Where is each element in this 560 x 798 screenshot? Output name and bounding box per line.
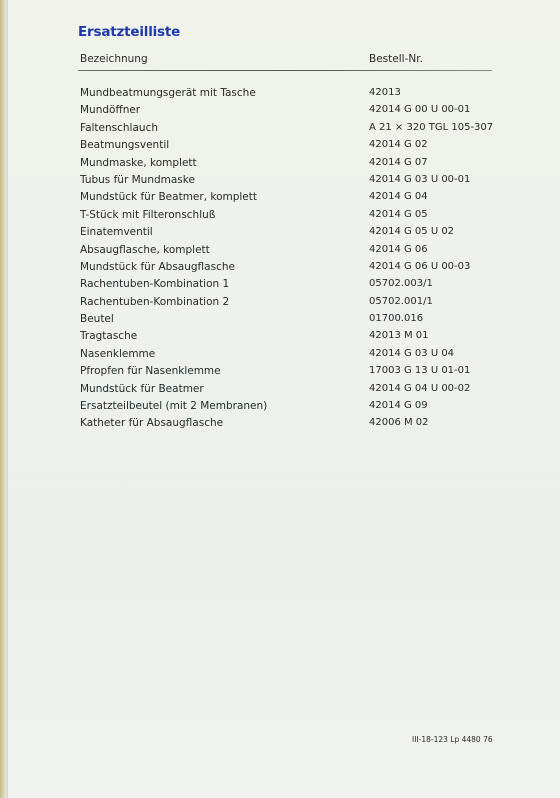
part-name: Mundstück für Absaugflasche [80, 261, 235, 273]
table-row: Mundstück für Beatmer, komplett42014 G 0… [0, 191, 560, 208]
table-row: T-Stück mit Filteronschluß42014 G 05 [0, 209, 560, 226]
order-number: 01700.016 [369, 313, 423, 324]
table-row: Rachentuben-Kombination 105702.003/1 [0, 278, 560, 295]
order-number: 42014 G 05 U 02 [369, 226, 454, 237]
part-name: Nasenklemme [80, 348, 155, 360]
part-name: Ersatzteilbeutel (mit 2 Membranen) [80, 400, 267, 412]
order-number: 42014 G 02 [369, 139, 428, 150]
part-name: Tragtasche [80, 330, 137, 342]
print-code: III-18-123 Lp 4480 76 [412, 735, 493, 744]
table-row: Katheter für Absaugflasche42006 M 02 [0, 417, 560, 434]
table-row: Ersatzteilbeutel (mit 2 Membranen)42014 … [0, 400, 560, 417]
part-name: Mundbeatmungsgerät mit Tasche [80, 87, 256, 99]
part-name: Mundöffner [80, 104, 140, 116]
order-number: A 21 × 320 TGL 105-307 [369, 122, 493, 133]
table-row: Beatmungsventil42014 G 02 [0, 139, 560, 156]
part-name: Mundstück für Beatmer, komplett [80, 191, 257, 203]
table-row: Beutel01700.016 [0, 313, 560, 330]
part-name: Pfropfen für Nasenklemme [80, 365, 221, 377]
order-number: 42014 G 07 [369, 157, 428, 168]
table-row: Rachentuben-Kombination 205702.001/1 [0, 296, 560, 313]
table-row: Mundstück für Beatmer42014 G 04 U 00-02 [0, 383, 560, 400]
table-row: Mundmaske, komplett42014 G 07 [0, 157, 560, 174]
part-name: Mundmaske, komplett [80, 157, 197, 169]
part-name: Rachentuben-Kombination 1 [80, 278, 229, 290]
order-number: 42014 G 00 U 00-01 [369, 104, 470, 115]
part-name: Mundstück für Beatmer [80, 383, 204, 395]
table-row: Tragtasche42013 M 01 [0, 330, 560, 347]
part-name: Tubus für Mundmaske [80, 174, 195, 186]
table-row: Mundstück für Absaugflasche42014 G 06 U … [0, 261, 560, 278]
table-row: Pfropfen für Nasenklemme17003 G 13 U 01-… [0, 365, 560, 382]
order-number: 05702.003/1 [369, 278, 433, 289]
part-name: Rachentuben-Kombination 2 [80, 296, 229, 308]
part-name: T-Stück mit Filteronschluß [80, 209, 215, 221]
order-number: 42014 G 04 U 00-02 [369, 383, 470, 394]
table-row: Einatemventil42014 G 05 U 02 [0, 226, 560, 243]
part-name: Einatemventil [80, 226, 153, 238]
table-row: Mundbeatmungsgerät mit Tasche42013 [0, 87, 560, 104]
part-name: Beutel [80, 313, 114, 325]
scanned-page: Ersatzteilliste Bezeichnung Bestell-Nr. … [0, 0, 560, 798]
table-row: Absaugflasche, komplett42014 G 06 [0, 244, 560, 261]
column-header-order-number: Bestell-Nr. [369, 53, 423, 65]
order-number: 42014 G 03 U 04 [369, 348, 454, 359]
order-number: 42014 G 06 [369, 244, 428, 255]
document-title: Ersatzteilliste [78, 24, 180, 40]
order-number: 42014 G 05 [369, 209, 428, 220]
header-divider [78, 70, 492, 71]
column-header-name: Bezeichnung [80, 53, 148, 65]
table-row: Mundöffner42014 G 00 U 00-01 [0, 104, 560, 121]
order-number: 42006 M 02 [369, 417, 429, 428]
table-row: FaltenschlauchA 21 × 320 TGL 105-307 [0, 122, 560, 139]
parts-list: Mundbeatmungsgerät mit Tasche42013Mundöf… [0, 87, 560, 435]
order-number: 42014 G 03 U 00-01 [369, 174, 470, 185]
order-number: 42014 G 09 [369, 400, 428, 411]
order-number: 42013 [369, 87, 401, 98]
order-number: 42013 M 01 [369, 330, 429, 341]
table-row: Nasenklemme42014 G 03 U 04 [0, 348, 560, 365]
order-number: 05702.001/1 [369, 296, 433, 307]
order-number: 42014 G 06 U 00-03 [369, 261, 470, 272]
part-name: Beatmungsventil [80, 139, 169, 151]
order-number: 17003 G 13 U 01-01 [369, 365, 470, 376]
part-name: Katheter für Absaugflasche [80, 417, 223, 429]
table-row: Tubus für Mundmaske42014 G 03 U 00-01 [0, 174, 560, 191]
order-number: 42014 G 04 [369, 191, 428, 202]
part-name: Faltenschlauch [80, 122, 158, 134]
part-name: Absaugflasche, komplett [80, 244, 210, 256]
